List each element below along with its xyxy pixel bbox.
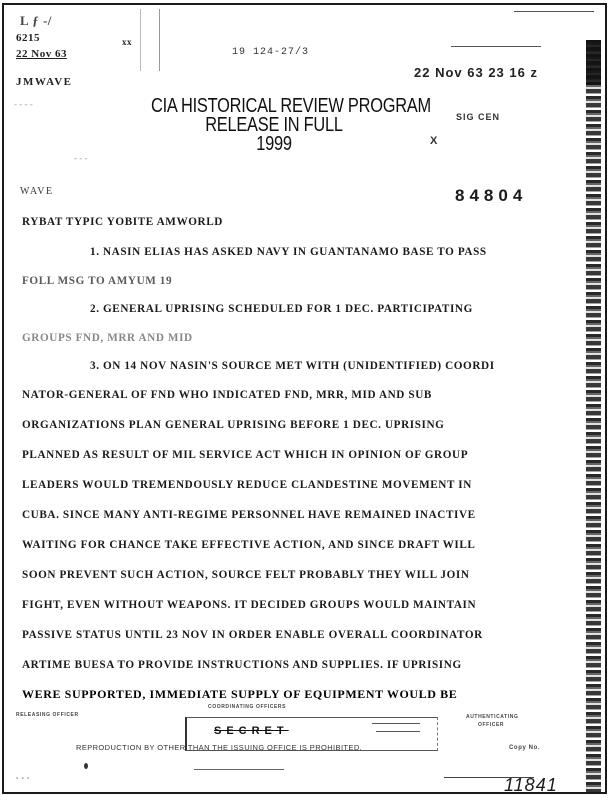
cable-to: WAVE <box>20 186 54 197</box>
classification-marking: SECRET <box>214 725 289 737</box>
body-line: SOON PREVENT SUCH ACTION, SOURCE FELT PR… <box>22 569 470 581</box>
reproduction-notice: REPRODUCTION BY OTHER THAN THE ISSUING O… <box>76 743 362 752</box>
handwritten-mark: L ƒ -/ <box>20 13 52 29</box>
body-line: NATOR-GENERAL OF FND WHO INDICATED FND, … <box>22 389 432 401</box>
scan-artifact: - - - <box>16 775 30 782</box>
cable-origin: JMWAVE <box>16 76 72 88</box>
scan-edge-strip-dark <box>586 40 601 85</box>
body-line: FOLL MSG TO AMYUM 19 <box>22 275 172 287</box>
cable-date: 22 Nov 63 <box>16 48 67 60</box>
body-line: ARTIME BUESA TO PROVIDE INSTRUCTIONS AND… <box>22 659 462 671</box>
divider <box>514 11 594 12</box>
routing-number: 19 124-27/3 <box>232 47 309 58</box>
body-line: 3. ON 14 NOV NASIN'S SOURCE MET WITH (UN… <box>90 360 495 372</box>
stamp-line-year: 1999 <box>151 135 397 154</box>
document-number: 11841 <box>504 775 558 794</box>
scan-artifact <box>84 763 88 769</box>
body-line: WERE SUPPORTED, IMMEDIATE SUPPLY OF EQUI… <box>22 687 457 702</box>
sequence-number: 6215 <box>16 32 40 44</box>
coordinating-officers-label: COORDINATING OFFICERS <box>208 704 286 710</box>
body-line: GROUPS FND, MRR AND MID <box>22 332 193 344</box>
body-line: 1. NASIN ELIAS HAS ASKED NAVY IN GUANTAN… <box>90 246 487 258</box>
scan-edge-strip <box>586 40 601 794</box>
cable-document-page: L ƒ -/ 6215 22 Nov 63 JMWAVE - - - - - -… <box>2 3 607 794</box>
body-line: LEADERS WOULD TREMENDOUSLY REDUCE CLANDE… <box>22 479 472 491</box>
copy-no-label: Copy No. <box>509 745 540 751</box>
scan-artifact <box>194 769 284 770</box>
body-line: PLANNED AS RESULT OF MIL SERVICE ACT WHI… <box>22 449 468 461</box>
signature-line <box>376 731 420 732</box>
body-line: ORGANIZATIONS PLAN GENERAL UPRISING BEFO… <box>22 419 444 431</box>
x-mark: X <box>430 135 438 147</box>
faint-field: - - - <box>74 153 88 163</box>
release-stamp: CIA HISTORICAL REVIEW PROGRAM RELEASE IN… <box>151 97 397 154</box>
body-line: 2. GENERAL UPRISING SCHEDULED FOR 1 DEC.… <box>90 303 473 315</box>
authenticating-officer-label: AUTHENTICATING <box>466 714 518 720</box>
fold-mark <box>140 9 141 71</box>
body-line: FIGHT, EVEN WITHOUT WEAPONS. IT DECIDED … <box>22 599 476 611</box>
datetime-group: 22 Nov 63 23 16 z <box>414 65 538 80</box>
body-line: WAITING FOR CHANCE TAKE EFFECTIVE ACTION… <box>22 539 476 551</box>
body-line: PASSIVE STATUS UNTIL 23 NOV IN ORDER ENA… <box>22 629 483 641</box>
small-mark: xx <box>122 37 132 47</box>
body-line-slugline: RYBAT TYPIC YOBITE AMWORLD <box>22 216 223 228</box>
signature-line <box>372 723 420 724</box>
fold-mark <box>159 9 160 71</box>
faint-field: - - - - <box>14 99 33 109</box>
releasing-officer-label: RELEASING OFFICER <box>16 712 79 718</box>
authenticating-officer-label-2: OFFICER <box>478 722 504 728</box>
sig-cen-label: SIG CEN <box>456 112 500 122</box>
message-number: 84804 <box>455 186 527 206</box>
body-line: CUBA. SINCE MANY ANTI-REGIME PERSONNEL H… <box>22 509 476 521</box>
divider <box>451 46 541 47</box>
